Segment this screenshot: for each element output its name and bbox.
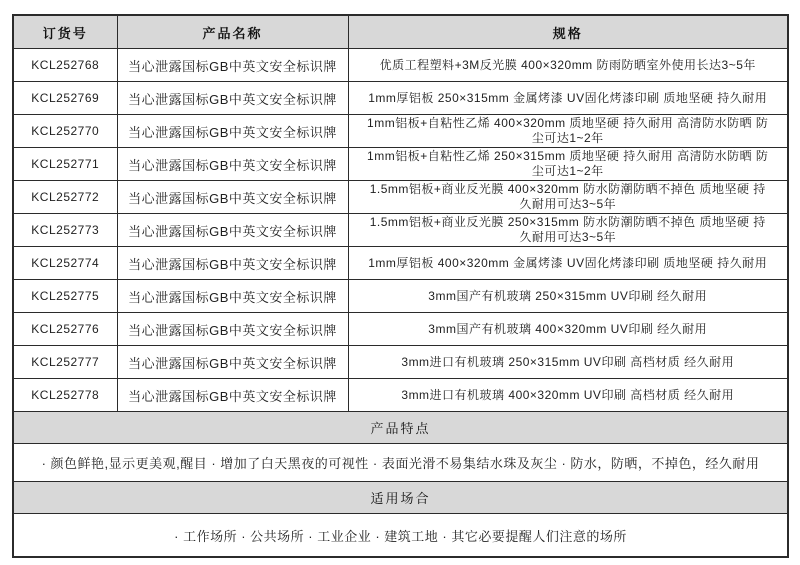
- product-name-cell: 当心泄露国标GB中英文安全标识牌: [117, 214, 348, 247]
- order-no-cell: KCL252771: [13, 148, 117, 181]
- scenes-title-row: 适用场合: [13, 482, 788, 514]
- table-row: KCL252768 当心泄露国标GB中英文安全标识牌 优质工程塑料+3M反光膜 …: [13, 49, 788, 82]
- table-row: KCL252771 当心泄露国标GB中英文安全标识牌 1mm铝板+自粘性乙烯 2…: [13, 148, 788, 181]
- spec-cell: 优质工程塑料+3M反光膜 400×320mm 防雨防晒室外使用长达3~5年: [348, 49, 788, 82]
- product-spec-sheet: 订货号 产品名称 规格 KCL252768 当心泄露国标GB中英文安全标识牌 优…: [12, 14, 789, 558]
- scenes-text-row: · 工作场所 · 公共场所 · 工业企业 · 建筑工地 · 其它必要提醒人们注意…: [13, 514, 788, 558]
- scenes-title: 适用场合: [13, 482, 788, 514]
- col-header-order-no: 订货号: [13, 15, 117, 49]
- product-name-cell: 当心泄露国标GB中英文安全标识牌: [117, 49, 348, 82]
- product-name-cell: 当心泄露国标GB中英文安全标识牌: [117, 82, 348, 115]
- product-name-cell: 当心泄露国标GB中英文安全标识牌: [117, 280, 348, 313]
- product-name-cell: 当心泄露国标GB中英文安全标识牌: [117, 115, 348, 148]
- table-row: KCL252777 当心泄露国标GB中英文安全标识牌 3mm进口有机玻璃 250…: [13, 346, 788, 379]
- spec-cell: 1mm铝板+自粘性乙烯 400×320mm 质地坚硬 持久耐用 高清防水防晒 防…: [348, 115, 788, 148]
- product-name-cell: 当心泄露国标GB中英文安全标识牌: [117, 379, 348, 412]
- spec-cell: 1mm厚铝板 400×320mm 金属烤漆 UV固化烤漆印刷 质地坚硬 持久耐用: [348, 247, 788, 280]
- order-no-cell: KCL252768: [13, 49, 117, 82]
- features-title-row: 产品特点: [13, 412, 788, 444]
- product-name-cell: 当心泄露国标GB中英文安全标识牌: [117, 247, 348, 280]
- col-header-product-name: 产品名称: [117, 15, 348, 49]
- product-name-cell: 当心泄露国标GB中英文安全标识牌: [117, 313, 348, 346]
- table-row: KCL252775 当心泄露国标GB中英文安全标识牌 3mm国产有机玻璃 250…: [13, 280, 788, 313]
- spec-cell: 1mm厚铝板 250×315mm 金属烤漆 UV固化烤漆印刷 质地坚硬 持久耐用: [348, 82, 788, 115]
- table-header-row: 订货号 产品名称 规格: [13, 15, 788, 49]
- spec-cell: 3mm进口有机玻璃 250×315mm UV印刷 高档材质 经久耐用: [348, 346, 788, 379]
- spec-cell: 3mm进口有机玻璃 400×320mm UV印刷 高档材质 经久耐用: [348, 379, 788, 412]
- product-name-cell: 当心泄露国标GB中英文安全标识牌: [117, 346, 348, 379]
- table-row: KCL252778 当心泄露国标GB中英文安全标识牌 3mm进口有机玻璃 400…: [13, 379, 788, 412]
- table-row: KCL252776 当心泄露国标GB中英文安全标识牌 3mm国产有机玻璃 400…: [13, 313, 788, 346]
- product-name-cell: 当心泄露国标GB中英文安全标识牌: [117, 148, 348, 181]
- features-title: 产品特点: [13, 412, 788, 444]
- order-no-cell: KCL252769: [13, 82, 117, 115]
- features-text-row: · 颜色鲜艳,显示更美观,醒目 · 增加了白天黑夜的可视性 · 表面光滑不易集结…: [13, 444, 788, 482]
- spec-cell: 3mm国产有机玻璃 400×320mm UV印刷 经久耐用: [348, 313, 788, 346]
- scenes-text: · 工作场所 · 公共场所 · 工业企业 · 建筑工地 · 其它必要提醒人们注意…: [13, 514, 788, 558]
- spec-cell: 1mm铝板+自粘性乙烯 250×315mm 质地坚硬 持久耐用 高清防水防晒 防…: [348, 148, 788, 181]
- spec-cell: 3mm国产有机玻璃 250×315mm UV印刷 经久耐用: [348, 280, 788, 313]
- order-no-cell: KCL252778: [13, 379, 117, 412]
- table-row: KCL252769 当心泄露国标GB中英文安全标识牌 1mm厚铝板 250×31…: [13, 82, 788, 115]
- order-no-cell: KCL252776: [13, 313, 117, 346]
- table-row: KCL252774 当心泄露国标GB中英文安全标识牌 1mm厚铝板 400×32…: [13, 247, 788, 280]
- table-row: KCL252773 当心泄露国标GB中英文安全标识牌 1.5mm铝板+商业反光膜…: [13, 214, 788, 247]
- product-name-cell: 当心泄露国标GB中英文安全标识牌: [117, 181, 348, 214]
- table-row: KCL252772 当心泄露国标GB中英文安全标识牌 1.5mm铝板+商业反光膜…: [13, 181, 788, 214]
- product-spec-table: 订货号 产品名称 规格 KCL252768 当心泄露国标GB中英文安全标识牌 优…: [12, 14, 789, 558]
- order-no-cell: KCL252777: [13, 346, 117, 379]
- order-no-cell: KCL252774: [13, 247, 117, 280]
- table-row: KCL252770 当心泄露国标GB中英文安全标识牌 1mm铝板+自粘性乙烯 4…: [13, 115, 788, 148]
- order-no-cell: KCL252772: [13, 181, 117, 214]
- col-header-spec: 规格: [348, 15, 788, 49]
- spec-cell: 1.5mm铝板+商业反光膜 400×320mm 防水防潮防晒不掉色 质地坚硬 持…: [348, 181, 788, 214]
- spec-cell: 1.5mm铝板+商业反光膜 250×315mm 防水防潮防晒不掉色 质地坚硬 持…: [348, 214, 788, 247]
- features-text: · 颜色鲜艳,显示更美观,醒目 · 增加了白天黑夜的可视性 · 表面光滑不易集结…: [13, 444, 788, 482]
- order-no-cell: KCL252775: [13, 280, 117, 313]
- order-no-cell: KCL252770: [13, 115, 117, 148]
- order-no-cell: KCL252773: [13, 214, 117, 247]
